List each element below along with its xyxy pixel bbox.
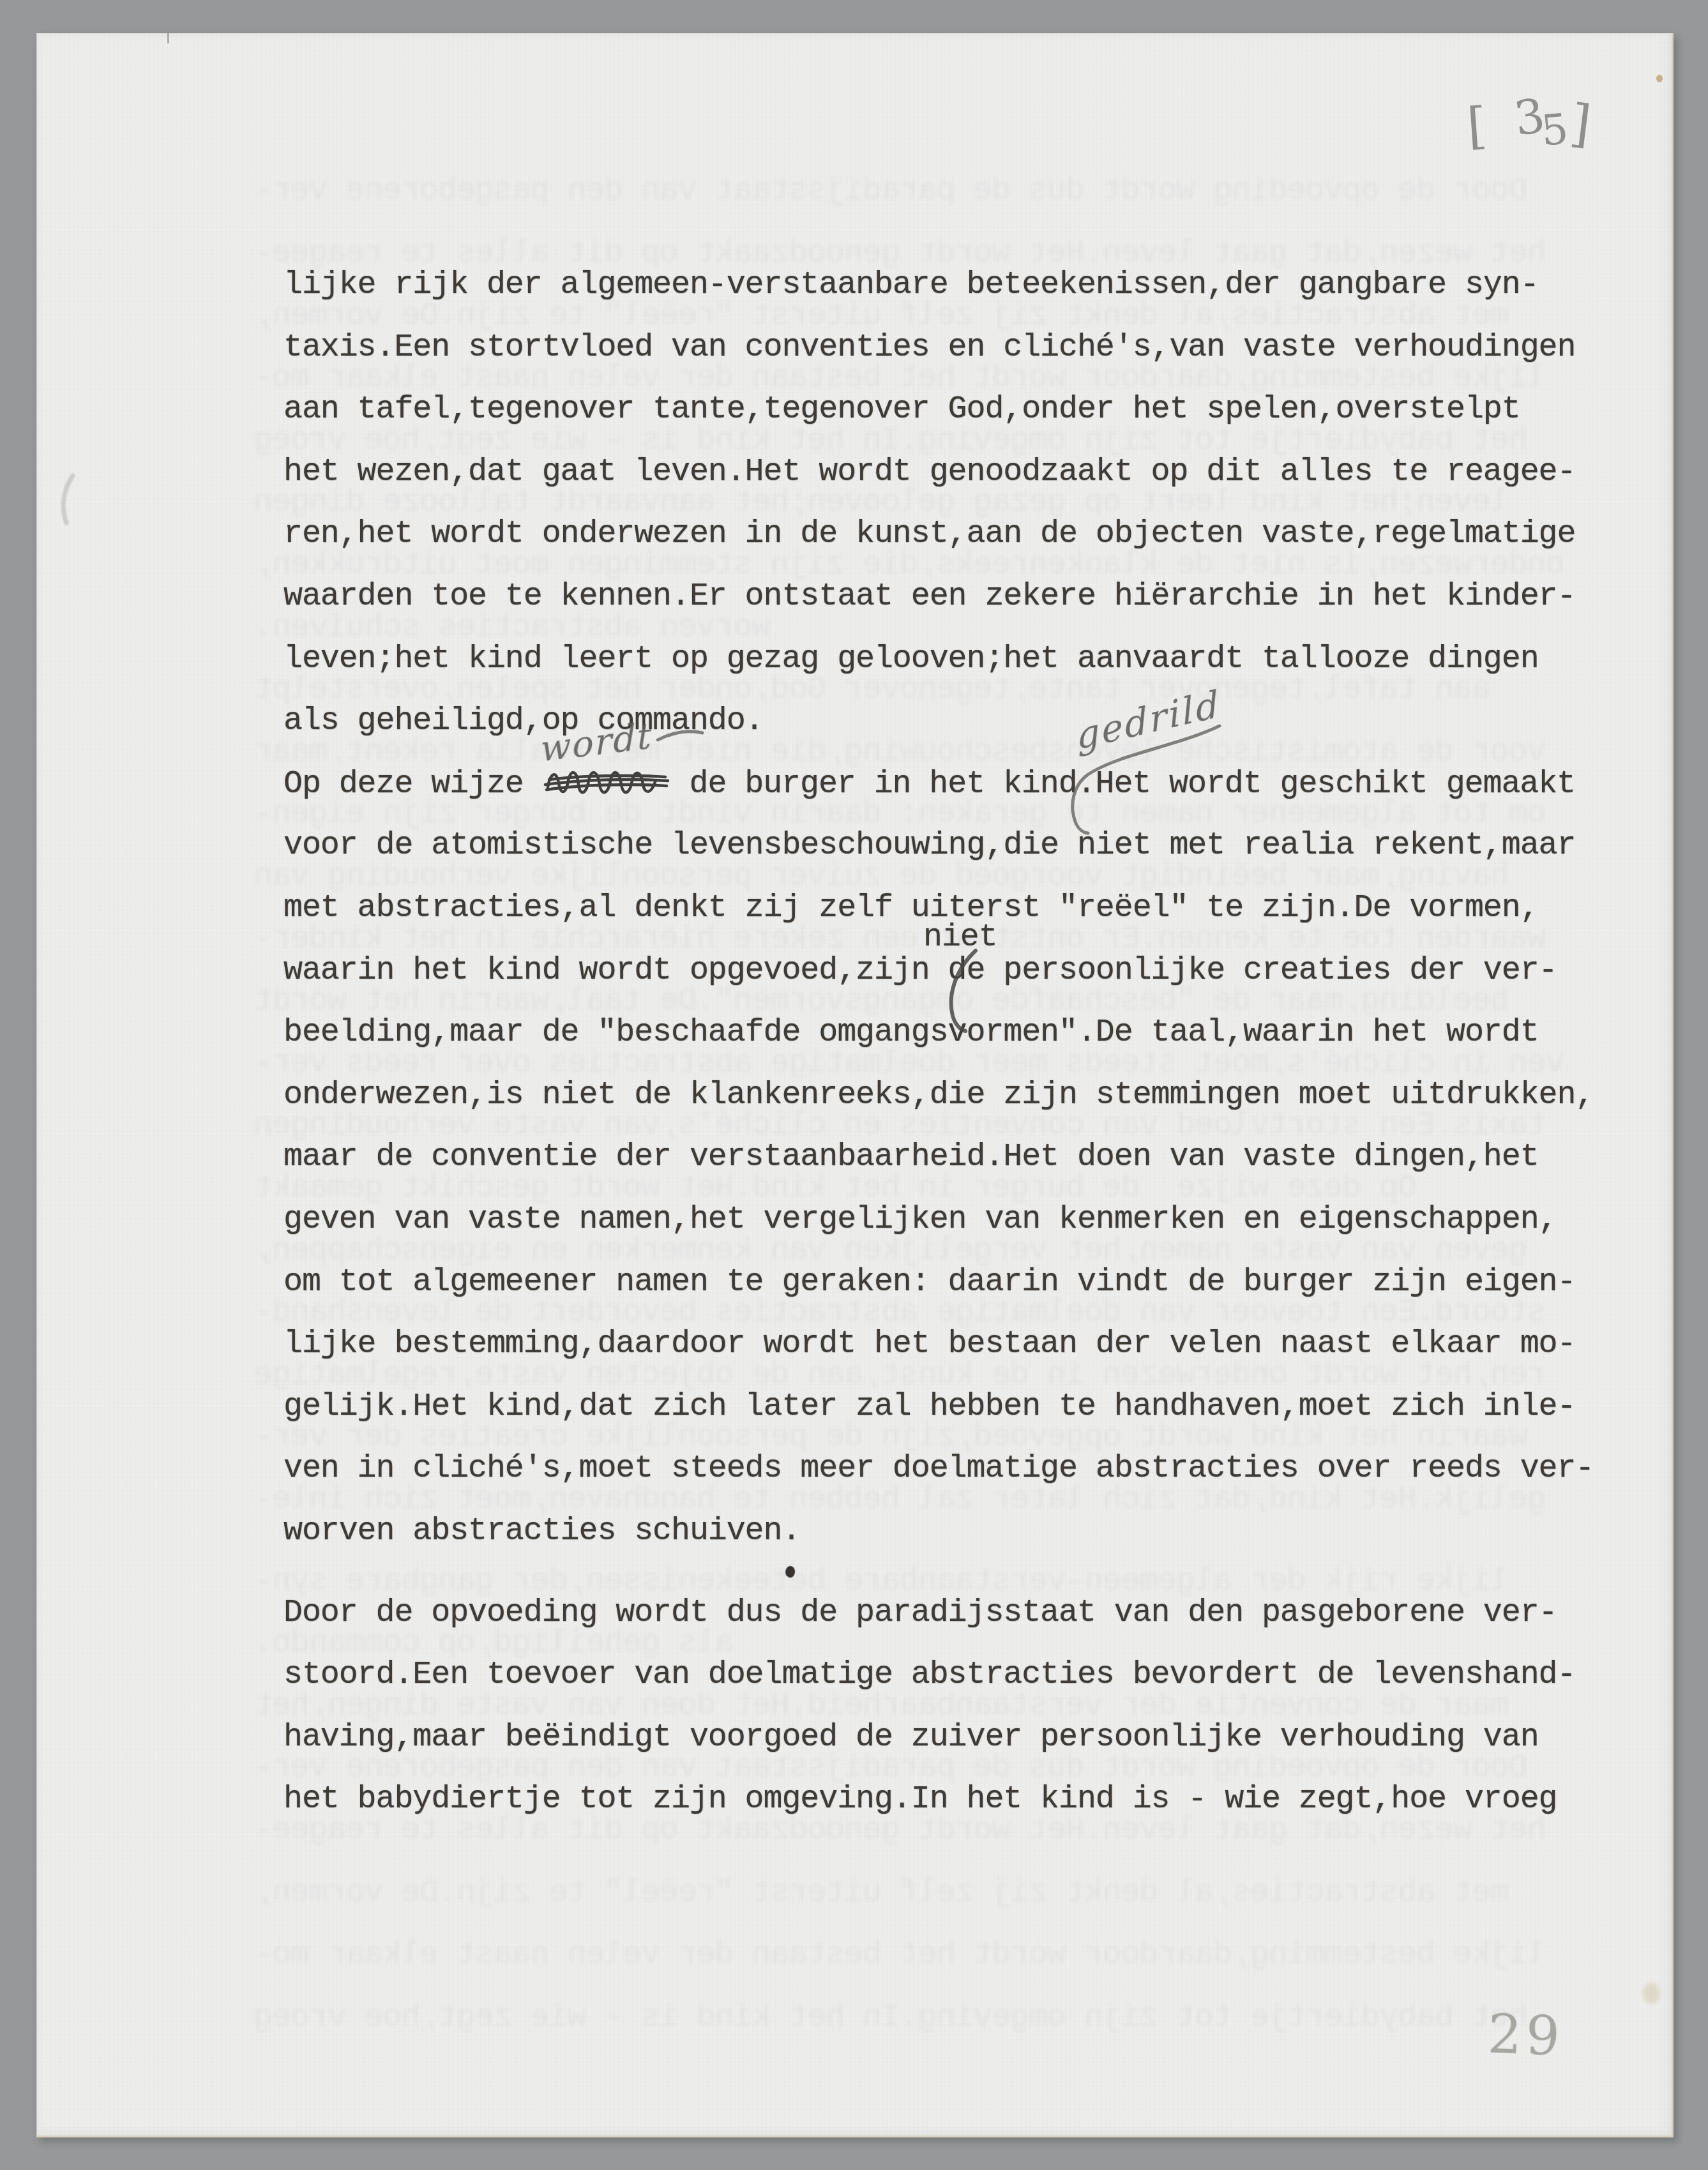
bleedthrough-text: worven abstracties schuiven. xyxy=(254,610,771,646)
bleedthrough-text: maar de conventie der verstaanbaarheid.H… xyxy=(254,1688,1509,1724)
paper-fleck xyxy=(1656,75,1663,82)
bleedthrough-text: het wezen,dat gaat leven.Het wordt genoo… xyxy=(254,1812,1546,1849)
bleedthrough-text: lijke bestemming,daardoor wordt het best… xyxy=(254,360,1546,396)
typed-line: worven abstracties schuiven. xyxy=(283,1513,800,1551)
bracket-open-mark: [ xyxy=(1465,97,1489,156)
bleedthrough-text: als geheiligd,op commando. xyxy=(254,1625,734,1662)
bleedthrough-text: ven in cliché's,moet steeds meer doelmat… xyxy=(254,1046,1564,1082)
pencil-page-number-bottom: 29 xyxy=(1486,2003,1564,2068)
bleedthrough-text: geven van vaste namen,het vergelijken va… xyxy=(254,1233,1527,1269)
margin-smudge xyxy=(51,472,89,529)
bleedthrough-text: het wezen,dat gaat leven.Het wordt genoo… xyxy=(254,236,1546,272)
bleedthrough-text: having,maar beëindigt voorgoed de zuiver… xyxy=(254,859,1509,895)
bleedthrough-text: het babydiertje tot zijn omgeving.In het… xyxy=(254,423,1527,459)
bleedthrough-text: Door de opvoeding wordt dus de paradijss… xyxy=(254,1750,1527,1786)
bleedthrough-text: taxis.Een stortvloed van conventies en c… xyxy=(254,1108,1546,1144)
scanned-page-background: { "annotations": { "top_page_number_open… xyxy=(0,0,1708,2170)
paper-stain xyxy=(1642,1982,1660,2004)
bleedthrough-text: waarin het kind wordt opgevoed,zijn de p… xyxy=(254,1419,1527,1456)
bleedthrough-text: gelijk.Het kind,dat zich later zal hebbe… xyxy=(254,1482,1546,1518)
bleedthrough-text: lijke rijk der algemeen-verstaanbare bet… xyxy=(254,1563,1509,1600)
bleedthrough-text: waarden toe te kennen.Er ontstaat een ze… xyxy=(254,921,1546,958)
bleedthrough-text: aan tafel,tegenover tante,tegenover God,… xyxy=(254,672,1491,708)
bleedthrough-text: om tot algemeener namen te geraken: daar… xyxy=(254,796,1546,833)
bleedthrough-text: beelding,maar de "beschaafde omgangsvorm… xyxy=(254,983,1509,1020)
bleedthrough-text: Door de opvoeding wordt dus de paradijss… xyxy=(254,173,1527,209)
bleedthrough-text: lijke bestemming,daardoor wordt het best… xyxy=(254,1937,1546,1973)
bleedthrough-text: Op deze wijze de burger in het kind.Het … xyxy=(254,1170,1417,1207)
bleedthrough-text: voor de atomistische levensbeschouwing,d… xyxy=(254,734,1546,771)
edge-scratch xyxy=(167,33,169,43)
bleedthrough-text: stoord.Een toevoer van doelmatige abstra… xyxy=(254,1295,1546,1331)
bleedthrough-text: onderwezen,is niet de klankenreeks,die z… xyxy=(254,547,1564,584)
bleedthrough-text: met abstracties,al denkt zij zelf uiters… xyxy=(254,1875,1509,1911)
pencil-page-number-top: [ 3 5 ] xyxy=(1467,90,1614,167)
bleedthrough-text: leven;het kind leert op gezag gelooven;h… xyxy=(254,485,1509,521)
typed-insertion-niet: niet xyxy=(923,919,997,956)
page-number-digit: 5 xyxy=(1539,104,1571,155)
manuscript-paper-sheet: lijke rijk der algemeen-verstaanbare bet… xyxy=(36,33,1674,2137)
bleedthrough-text: ren,het wordt onderwezen in de kunst,aan… xyxy=(254,1357,1546,1394)
bracket-close-mark: ] xyxy=(1567,93,1594,154)
bleedthrough-text: met abstracties,al denkt zij zelf uiters… xyxy=(254,298,1509,335)
bleedthrough-text: het babydiertje tot zijn omgeving.In het… xyxy=(254,2000,1527,2036)
